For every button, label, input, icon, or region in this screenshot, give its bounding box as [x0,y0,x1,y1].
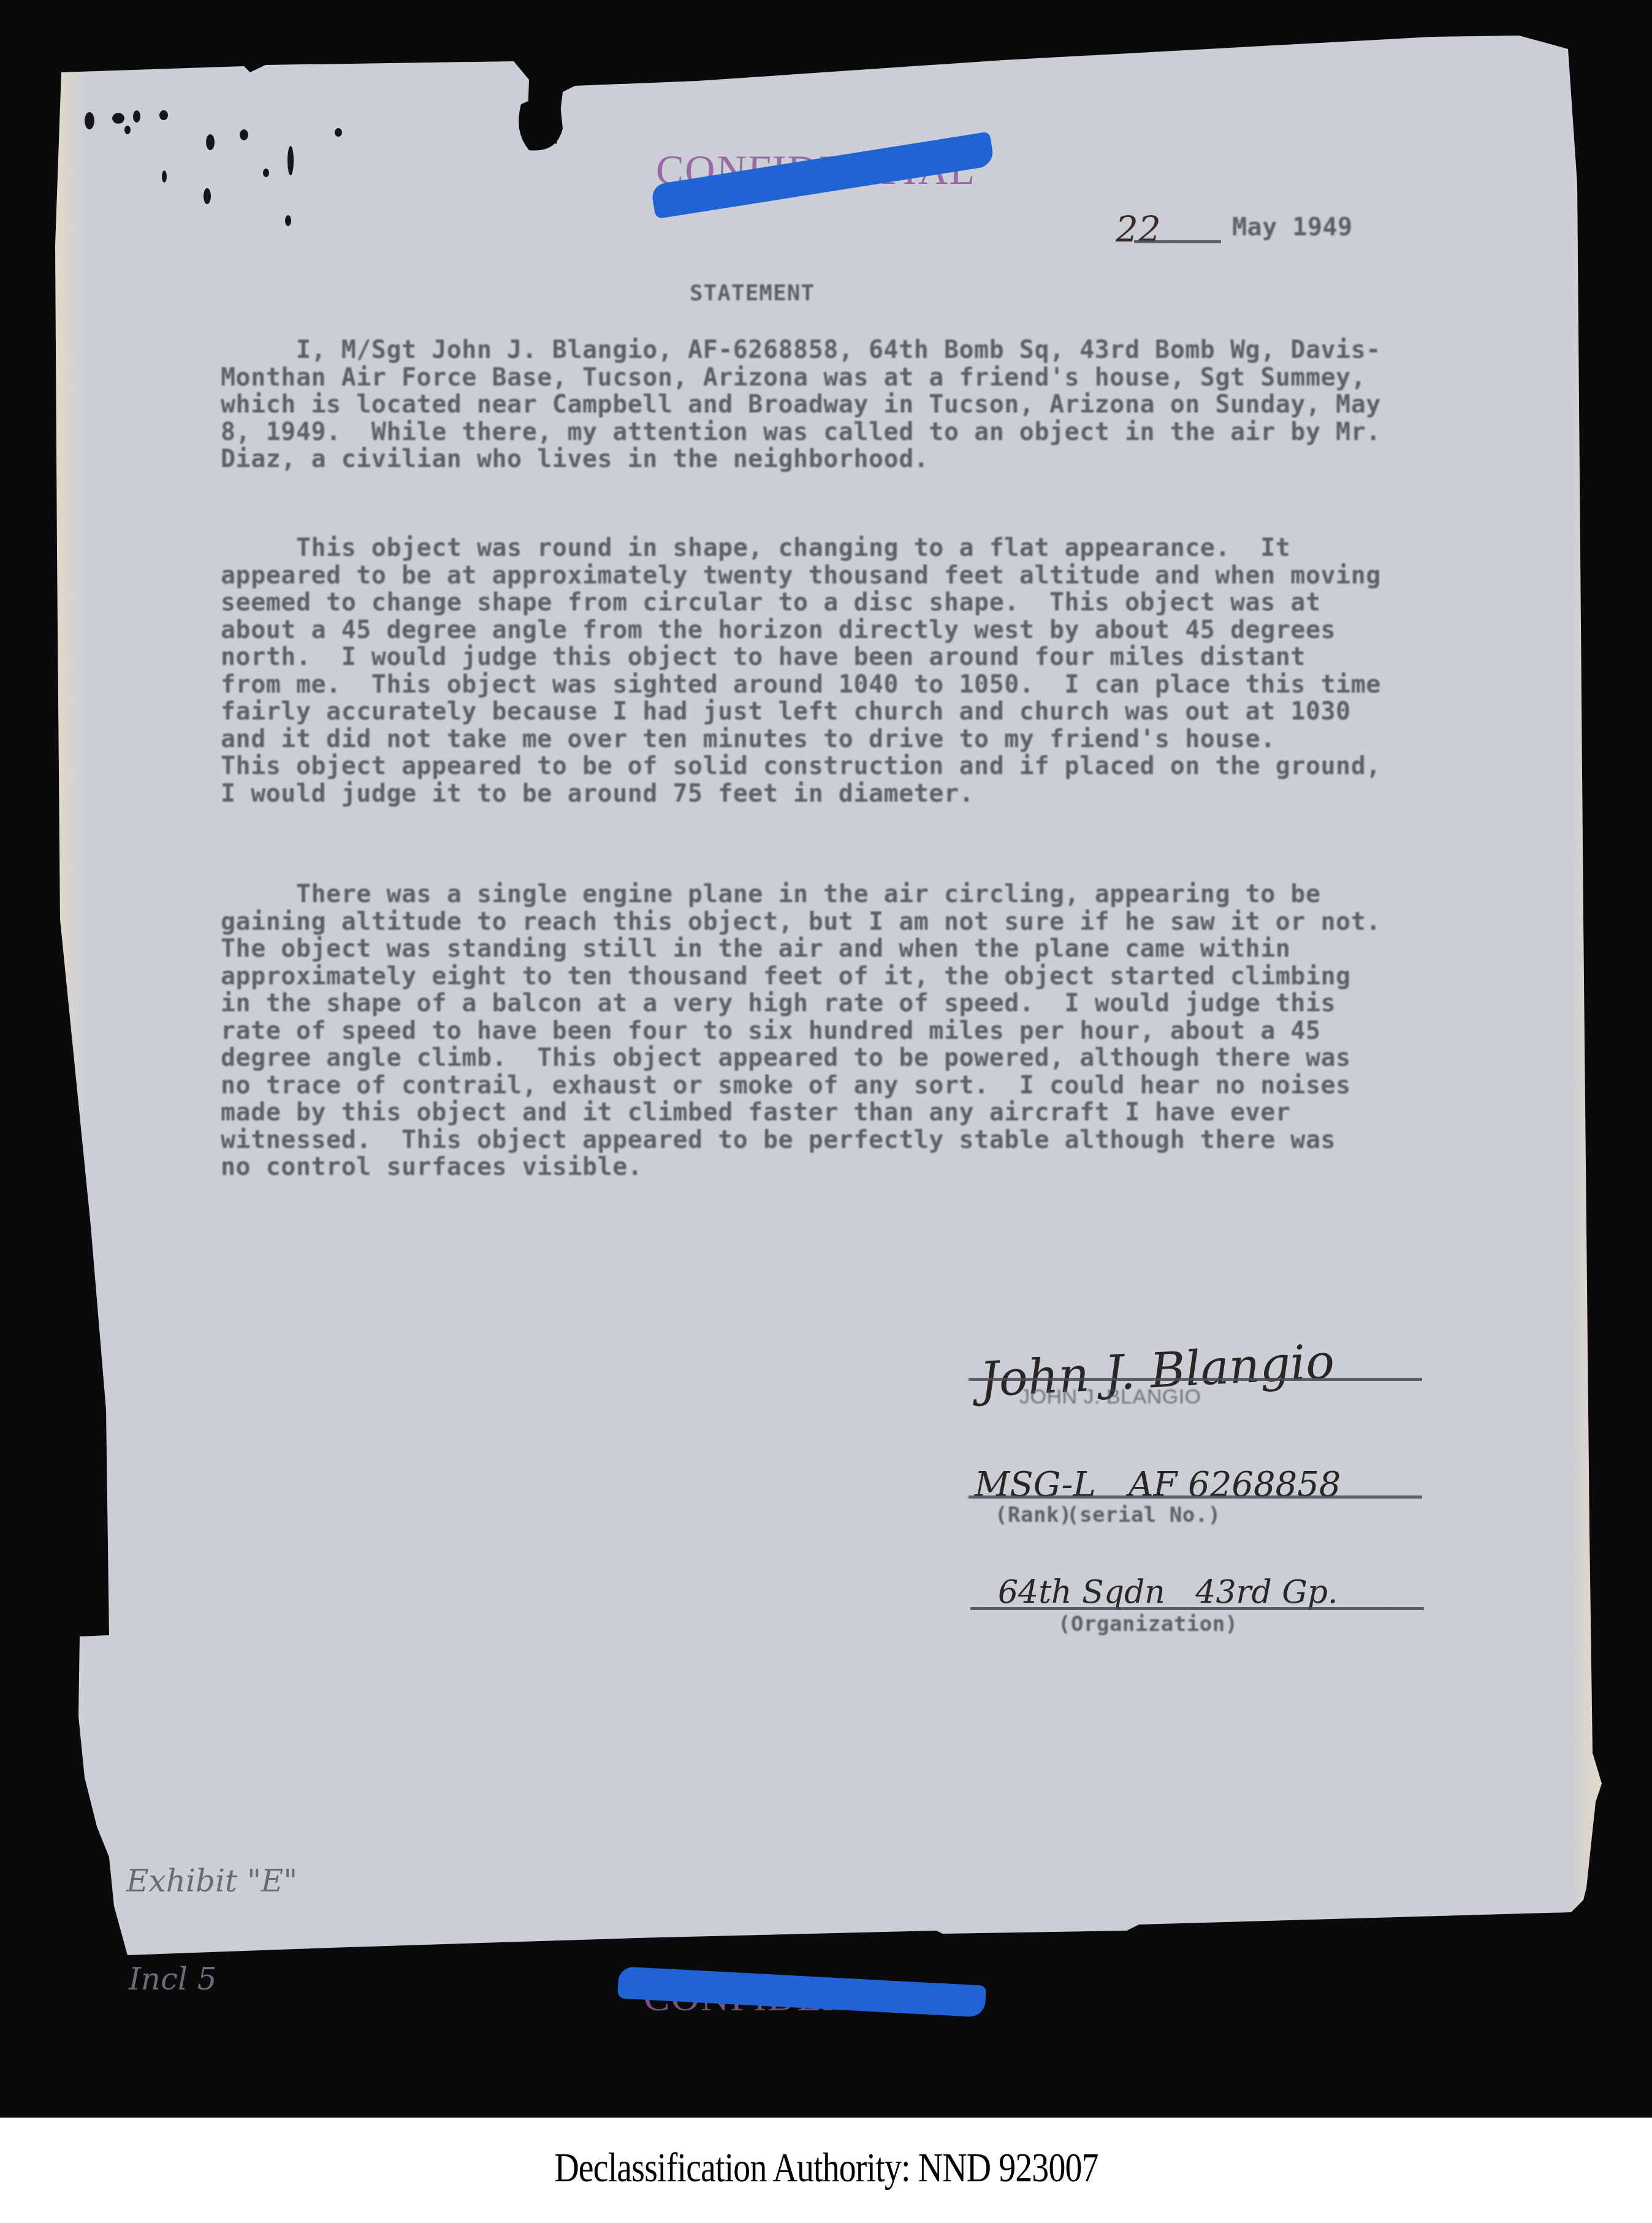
declassification-footer: Declassification Authority: NND 923007 [0,2118,1652,2223]
paragraph-3: There was a single engine plane in the a… [221,881,1465,1181]
date-underline [1134,240,1221,243]
handwritten-date-day: 22 [1116,208,1161,250]
margin-note-exhibit: Exhibit "E" [126,1863,297,1899]
paragraph-1: I, M/Sgt John J. Blangio, AF-6268858, 64… [221,336,1465,473]
margin-note-incl: Incl 5 [129,1961,217,1997]
rank-label: (Rank) [995,1503,1072,1527]
handwritten-rank-serial: MSG-L AF 6268858 [975,1465,1341,1505]
rank-serial-line [969,1495,1422,1499]
paragraph-2: This object was round in shape, changing… [221,534,1465,807]
declassification-authority: Declassification Authority: NND 923007 [554,2143,1098,2192]
typed-date: May 1949 [1232,213,1353,241]
typed-name: JOHN J. BLANGIO [1019,1385,1201,1409]
document-page: CONFIDENTIAL 22 May 1949 STATEMENT I, M/… [23,0,1629,2118]
serial-label: (serial No.) [1067,1503,1221,1527]
document-title: STATEMENT [690,281,815,306]
handwritten-organization: 64th Sqdn 43rd Gp. [998,1574,1338,1611]
organization-label: (Organization) [1058,1612,1238,1636]
organization-line [970,1607,1424,1610]
signature-line [969,1378,1422,1381]
